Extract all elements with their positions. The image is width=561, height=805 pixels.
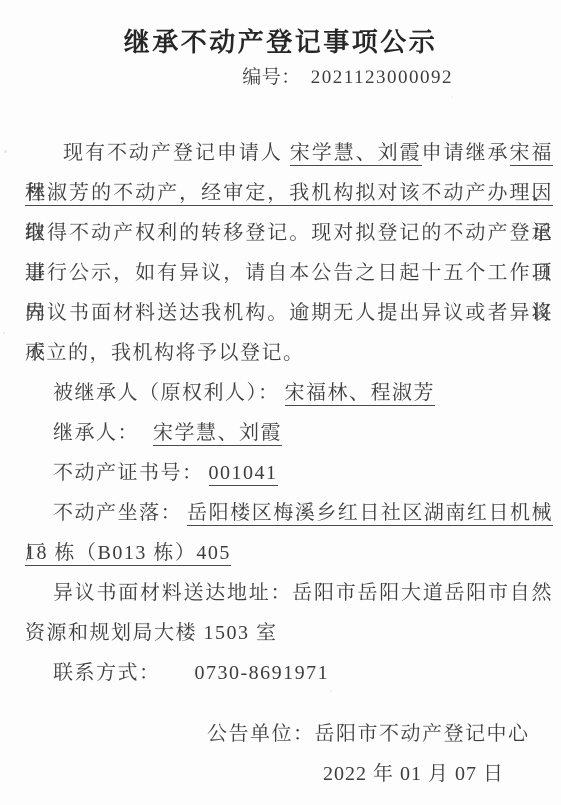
decedent-names-part2: 程淑芳 [25, 182, 91, 206]
body-line-6: 成立的，我机构将予以登记。 [25, 333, 553, 373]
field-contact: 联系方式：0730-8691971 [25, 653, 553, 693]
field-objection-address-continuation: 资源和规划局大楼 1503 室 [25, 613, 553, 653]
body-text: 申请继承 [422, 142, 510, 164]
field-label: 异议书面材料送达地址： [53, 582, 292, 604]
field-label: 不动产证书号： [53, 462, 204, 484]
doc-number-line: 编号：2021123000092 [0, 62, 453, 89]
doc-number-label: 编号： [242, 67, 301, 88]
notice-body: 现有不动产登记申请人 宋学慧、刘霞申请继承宋福林、 程淑芳的不动产，经审定，我机… [25, 133, 553, 693]
page-title: 继承不动产登记事项公示 [0, 22, 561, 59]
scan-speckle [3, 332, 5, 334]
body-line-2: 程淑芳的不动产，经审定，我机构拟对该不动产办理因继承 [25, 173, 553, 213]
issuer-name: 岳阳市不动产登记中心 [315, 723, 530, 745]
doc-number-value: 2021123000092 [311, 67, 453, 88]
footer-issuer-line: 公告单位：岳阳市不动产登记中心 [207, 720, 530, 748]
field-label: 继承人： [53, 422, 139, 444]
field-value-location-line2: 18 栋（B013 栋）405 [25, 542, 231, 566]
field-value-objection-address-line1: 岳阳市岳阳大道岳阳市自然 [292, 582, 553, 604]
field-certificate-no: 不动产证书号：001041 [25, 453, 553, 493]
field-location: 不动产坐落：岳阳楼区梅溪乡红日社区湖南红日机械厂 [25, 493, 553, 533]
field-value-decedent: 宋福林、程淑芳 [285, 382, 436, 406]
field-label: 不动产坐落： [53, 502, 182, 524]
body-line-4: 进行公示，如有异议，请自本公告之日起十五个工作日内将 [25, 253, 553, 293]
field-value-certificate-no: 001041 [209, 462, 278, 486]
field-heir: 继承人：宋学慧、刘霞 [25, 413, 553, 453]
field-label: 联系方式： [53, 662, 161, 684]
scan-speckle [451, 96, 453, 98]
field-label: 被继承人（原权利人）： [53, 382, 280, 404]
applicant-names: 宋学慧、刘霞 [290, 142, 422, 166]
field-location-continuation: 18 栋（B013 栋）405 [25, 533, 553, 573]
field-objection-address: 异议书面材料送达地址：岳阳市岳阳大道岳阳市自然 [25, 573, 553, 613]
body-line-5: 异议书面材料送达我机构。逾期无人提出异议或者异议不 [25, 293, 553, 333]
footer-date: 2022 年 01 月 07 日 [323, 760, 504, 788]
scan-speckle [4, 150, 7, 153]
field-value-objection-address-line2: 资源和规划局大楼 1503 室 [25, 622, 278, 644]
body-line-3: 取得不动产权利的转移登记。现对拟登记的不动产登记事项 [25, 213, 553, 253]
field-value-heir: 宋学慧、刘霞 [153, 422, 282, 446]
inheritance-registration-notice: 继承不动产登记事项公示 编号：2021123000092 现有不动产登记申请人 … [0, 0, 561, 805]
body-text: 现有不动产登记申请人 [63, 142, 290, 164]
field-decedent: 被继承人（原权利人）：宋福林、程淑芳 [25, 373, 553, 413]
body-text: 成立的，我机构将予以登记。 [25, 342, 305, 364]
body-line-1: 现有不动产登记申请人 宋学慧、刘霞申请继承宋福林、 [25, 133, 553, 173]
issuer-label: 公告单位： [207, 723, 315, 745]
field-value-contact-phone: 0730-8691971 [195, 662, 330, 684]
